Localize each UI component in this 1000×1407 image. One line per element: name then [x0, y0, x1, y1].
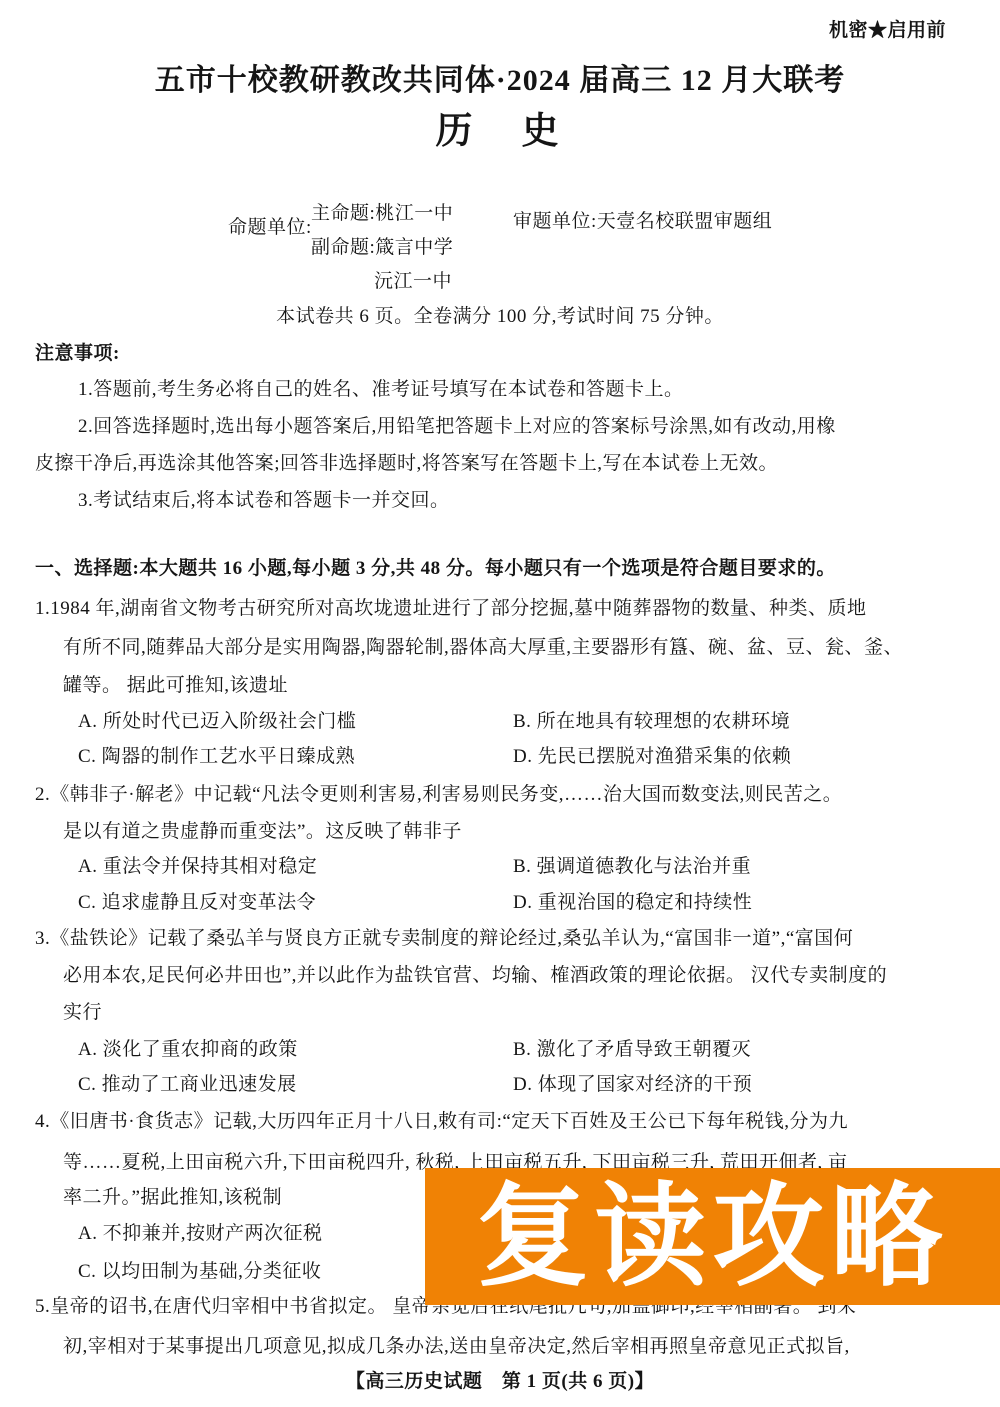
question-3-line-1: 3.《盐铁论》记载了桑弘羊与贤良方正就专卖制度的辩论经过,桑弘羊认为,“富国非一… [35, 927, 853, 951]
question-3-option-a: A. 淡化了重农抑商的政策 [78, 1038, 298, 1062]
notice-item-1: 1.答题前,考生务必将自己的姓名、准考证号填写在本试卷和答题卡上。 [78, 378, 684, 402]
question-1-line-1: 1.1984 年,湖南省文物考古研究所对高坎垅遗址进行了部分挖掘,墓中随葬器物的… [35, 597, 867, 621]
question-4-option-c: C. 以均田制为基础,分类征收 [78, 1260, 321, 1284]
question-4-line-1: 4.《旧唐书·食货志》记载,大历四年正月十八日,敕有司:“定天下百姓及王公已下每… [35, 1110, 848, 1134]
classification-label: 机密★启用前 [829, 19, 946, 43]
question-3-line-2: 必用本农,足民何必井田也”,并以此作为盐铁官营、均输、榷酒政策的理论依据。 汉代… [63, 964, 887, 988]
question-3-option-c: C. 推动了工商业迅速发展 [78, 1073, 297, 1097]
question-1-option-b: B. 所在地具有较理想的农耕环境 [513, 710, 790, 734]
notice-item-2-line-1: 2.回答选择题时,选出每小题答案后,用铅笔把答题卡上对应的答案标号涂黑,如有改动… [78, 415, 836, 439]
question-2-line-2: 是以有道之贵虚静而重变法”。这反映了韩非子 [63, 820, 462, 844]
question-4-option-a: A. 不抑兼并,按财产两次征税 [78, 1222, 322, 1246]
question-1-line-3: 罐等。 据此可推知,该遗址 [63, 674, 288, 698]
question-2-option-a: A. 重法令并保持其相对稳定 [78, 855, 317, 879]
question-1-option-c: C. 陶器的制作工艺水平日臻成熟 [78, 745, 355, 769]
notices-title: 注意事项: [35, 342, 120, 366]
question-1-line-2: 有所不同,随葬品大部分是实用陶器,陶器轮制,器体高大厚重,主要器形有簋、碗、盆、… [63, 636, 903, 660]
ad-watermark-text: 复读攻略 [477, 1168, 949, 1305]
notice-item-3: 3.考试结束后,将本试卷和答题卡一并交回。 [78, 489, 450, 513]
question-2-option-c: C. 追求虚静且反对变革法令 [78, 891, 316, 915]
question-3-option-b: B. 激化了矛盾导致王朝覆灭 [513, 1038, 751, 1062]
deputy-setter: 副命题:箴言中学 [311, 236, 453, 260]
subject-title: 历 史 [0, 100, 1000, 154]
question-5-line-2: 初,宰相对于某事提出几项意见,拟成几条办法,送由皇帝决定,然后宰相再照皇帝意见正… [63, 1335, 850, 1359]
question-1-option-d: D. 先民已摆脱对渔猎采集的依赖 [513, 745, 791, 769]
question-3-line-3: 实行 [63, 1001, 102, 1025]
page-footer: 【高三历史试题 第 1 页(共 6 页)】 [0, 1370, 1000, 1394]
notice-item-2-line-2: 皮擦干净后,再选涂其他答案;回答非选择题时,将答案写在答题卡上,写在本试卷上无效… [35, 452, 778, 476]
main-setter: 主命题:桃江一中 [311, 202, 453, 226]
question-2-option-b: B. 强调道德教化与法治并重 [513, 855, 751, 879]
question-2-option-d: D. 重视治国的稳定和持续性 [513, 891, 752, 915]
exam-info: 本试卷共 6 页。全卷满分 100 分,考试时间 75 分钟。 [0, 305, 1000, 329]
section-1-header: 一、选择题:本大题共 16 小题,每小题 3 分,共 48 分。每小题只有一个选… [35, 557, 836, 581]
question-4-line-3: 率二升。”据此推知,该税制 [63, 1186, 282, 1210]
question-2-line-1: 2.《韩非子·解老》中记载“凡法令更则利害易,利害易则民务变,……治大国而数变法… [35, 783, 842, 807]
question-1-option-a: A. 所处时代已迈入阶级社会门槛 [78, 710, 356, 734]
ad-watermark-banner: 复读攻略 [425, 1168, 1000, 1305]
setter-unit-label: 命题单位: [228, 216, 312, 240]
deputy-setter-2: 沅江一中 [374, 270, 452, 294]
question-3-option-d: D. 体现了国家对经济的干预 [513, 1073, 752, 1097]
exam-title: 五市十校教研教改共同体·2024 届高三 12 月大联考 [0, 55, 1000, 99]
exam-paper-page: 机密★启用前 五市十校教研教改共同体·2024 届高三 12 月大联考 历 史 … [0, 0, 1000, 1407]
reviewer-unit: 审题单位:天壹名校联盟审题组 [513, 210, 772, 234]
